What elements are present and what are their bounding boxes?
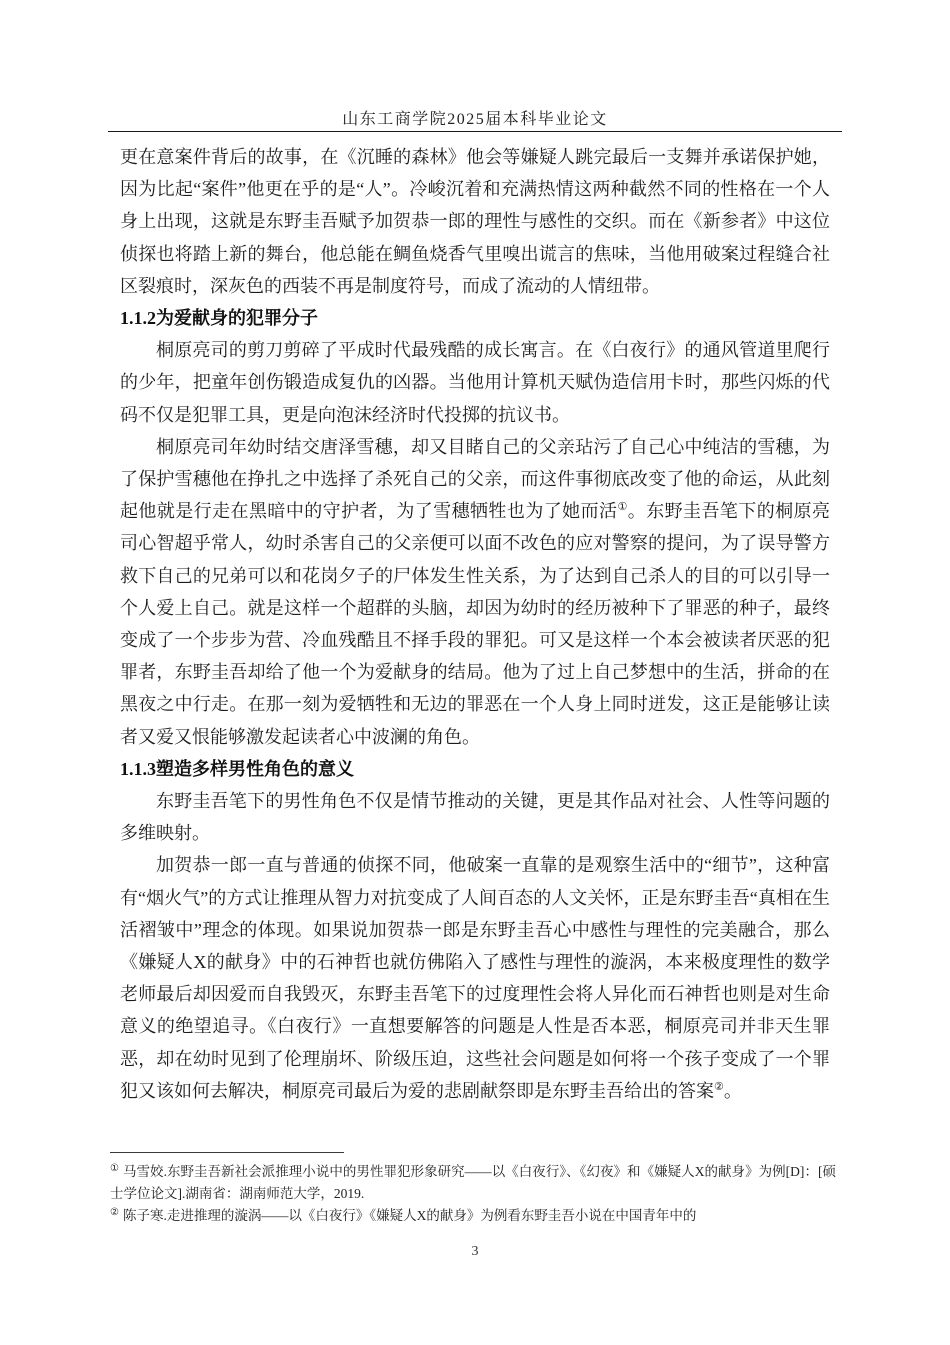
footnote-text-1: 马雪姣.东野圭吾新社会派推理小说中的男性罪犯形象研究——以《白夜行》、《幻夜》和… bbox=[110, 1164, 836, 1201]
header-rule bbox=[108, 131, 842, 132]
paragraph-text: 。东野圭吾笔下的桐原亮司心智超乎常人，幼时杀害自己的父亲便可以面不改色的应对警察… bbox=[120, 501, 830, 746]
page-body: 更在意案件背后的故事，在《沉睡的森林》他会等嫌疑人跳完最后一支舞并承诺保护她，因… bbox=[120, 141, 830, 1107]
paragraph-text: 。 bbox=[724, 1081, 742, 1101]
body-paragraph-continuation: 更在意案件背后的故事，在《沉睡的森林》他会等嫌疑人跳完最后一支舞并承诺保护她，因… bbox=[120, 141, 830, 302]
section-heading-1-1-3: 1.1.3塑造多样男性角色的意义 bbox=[120, 753, 830, 785]
footnote-item-1: ①马雪姣.东野圭吾新社会派推理小说中的男性罪犯形象研究——以《白夜行》、《幻夜》… bbox=[110, 1161, 836, 1205]
body-paragraph: 桐原亮司年幼时结交唐泽雪穗，却又目睹自己的父亲玷污了自己心中纯洁的雪穗，为了保护… bbox=[120, 431, 830, 753]
footnote-reference-2: ② bbox=[714, 1081, 724, 1093]
footnote-marker-1: ① bbox=[110, 1163, 119, 1174]
footnote-area: ①马雪姣.东野圭吾新社会派推理小说中的男性罪犯形象研究——以《白夜行》、《幻夜》… bbox=[110, 1161, 836, 1227]
page-number: 3 bbox=[0, 1244, 950, 1260]
body-paragraph: 桐原亮司的剪刀剪碎了平成时代最残酷的成长寓言。在《白夜行》的通风管道里爬行的少年… bbox=[120, 334, 830, 431]
footnote-marker-2: ② bbox=[110, 1207, 119, 1218]
section-heading-1-1-2: 1.1.2为爱献身的犯罪分子 bbox=[120, 302, 830, 334]
footnote-reference-1: ① bbox=[617, 501, 627, 513]
running-header-title: 山东工商学院2025届本科毕业论文 bbox=[110, 106, 840, 129]
body-paragraph: 加贺恭一郎一直与普通的侦探不同，他破案一直靠的是观察生活中的“细节”，这种富有“… bbox=[120, 849, 830, 1107]
footnote-text-2: 陈子寒.走进推理的漩涡——以《白夜行》《嫌疑人X的献身》为例看东野圭吾小说在中国… bbox=[123, 1208, 696, 1223]
paragraph-text: 加贺恭一郎一直与普通的侦探不同，他破案一直靠的是观察生活中的“细节”，这种富有“… bbox=[120, 855, 830, 1100]
footnote-item-2: ②陈子寒.走进推理的漩涡——以《白夜行》《嫌疑人X的献身》为例看东野圭吾小说在中… bbox=[110, 1205, 836, 1227]
footnote-separator-rule bbox=[110, 1152, 344, 1153]
body-paragraph: 东野圭吾笔下的男性角色不仅是情节推动的关键，更是其作品对社会、人性等问题的多维映… bbox=[120, 785, 830, 849]
thesis-page: 山东工商学院2025届本科毕业论文 更在意案件背后的故事，在《沉睡的森林》他会等… bbox=[0, 0, 950, 1345]
